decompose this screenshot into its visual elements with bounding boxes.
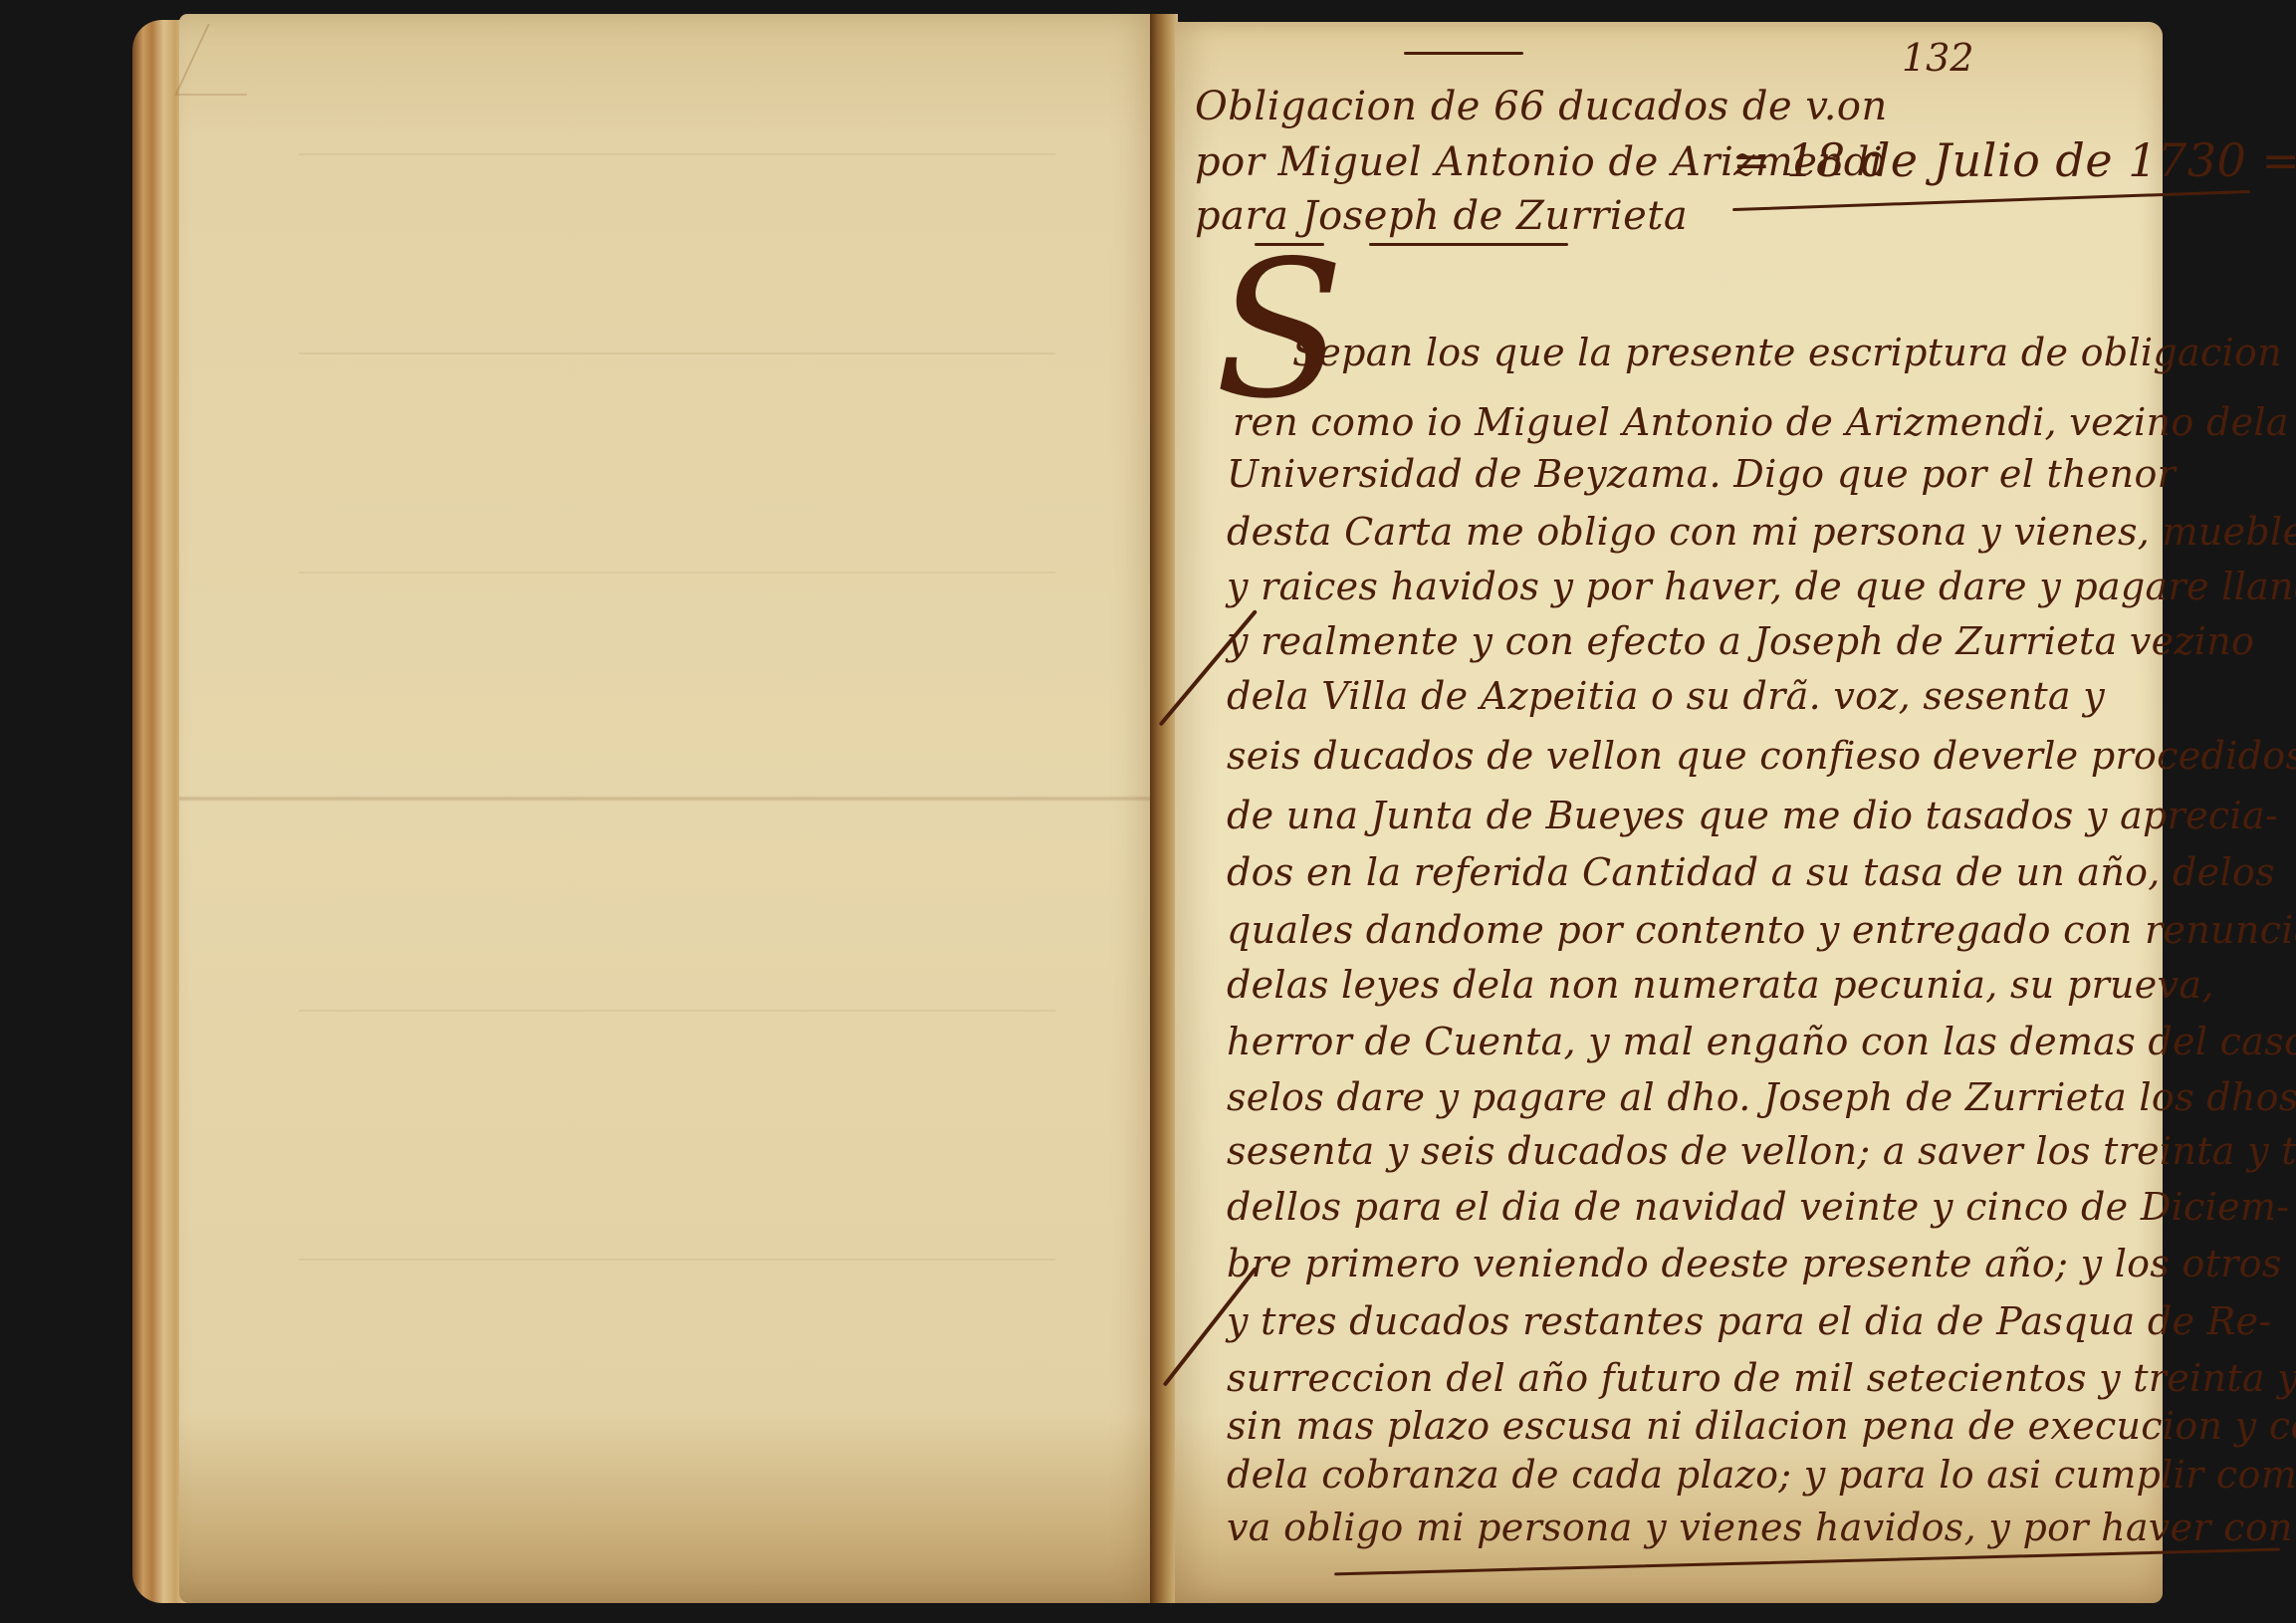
body-line: sin mas plazo escusa ni dilacion pena de… [1227,1404,2296,1448]
body-line: y realmente y con efecto a Joseph de Zur… [1227,619,2254,663]
body-line: seis ducados de vellon que confieso deve… [1227,734,2296,778]
body-line: y raices havidos y por haver, de que dar… [1227,565,2296,608]
body-line: dos en la referida Cantidad a su tasa de… [1227,850,2275,894]
body-line: quales dandome por contento y entregado … [1227,908,2296,952]
header-line-title: Obligacion de 66 ducados de v.on [1195,84,1888,129]
date-underline [1732,190,2250,211]
right-page-manuscript: 132 Obligacion de 66 ducados de v.on por… [1175,22,2163,1603]
body-line: Sepan los que la presente escriptura de … [1292,331,2296,374]
show-through-mark [299,153,1055,155]
left-page-blank [179,14,1160,1603]
body-line: bre primero veniendo deeste presente año… [1227,1242,2296,1285]
body-line: ren como io Miguel Antonio de Arizmendi,… [1233,400,2289,444]
body-line: surreccion del año futuro de mil setecie… [1227,1356,2296,1400]
show-through-mark [299,572,1055,574]
show-through-mark [299,352,1055,354]
body-line: desta Carta me obligo con mi persona y v… [1227,510,2296,554]
show-through-mark [299,1259,1055,1261]
body-line: selos dare y pagare al dho. Joseph de Zu… [1227,1075,2296,1119]
header-overline [1404,52,1523,55]
header-underline [1369,243,1568,246]
page-fold-crease [179,796,1160,802]
closing-line-rule [1334,1548,2280,1576]
body-line: delas leyes dela non numerata pecunia, s… [1227,963,2214,1007]
body-line: dellos para el dia de navidad veinte y c… [1227,1185,2289,1229]
book-spine-gutter [1150,14,1178,1603]
body-line: sesenta y seis ducados de vellon; a save… [1227,1129,2296,1173]
body-line: Universidad de Beyzama. Digo que por el … [1227,452,2176,496]
body-line: de una Junta de Bueyes que me dio tasado… [1227,794,2278,837]
body-line: va obligo mi persona y vienes havidos, y… [1227,1506,2296,1549]
folio-number: 132 [1902,36,1974,80]
body-line: dela Villa de Azpeitia o su drã. voz, se… [1227,674,2105,718]
body-line: y tres ducados restantes para el dia de … [1227,1299,2271,1343]
body-line: dela cobranza de cada plazo; y para lo a… [1227,1453,2296,1497]
show-through-mark [299,1010,1055,1012]
header-date: = 18 de Julio de 1730 = [1732,133,2296,187]
folded-corner [174,24,280,96]
body-line: herror de Cuenta, y mal engaño con las d… [1227,1020,2296,1063]
